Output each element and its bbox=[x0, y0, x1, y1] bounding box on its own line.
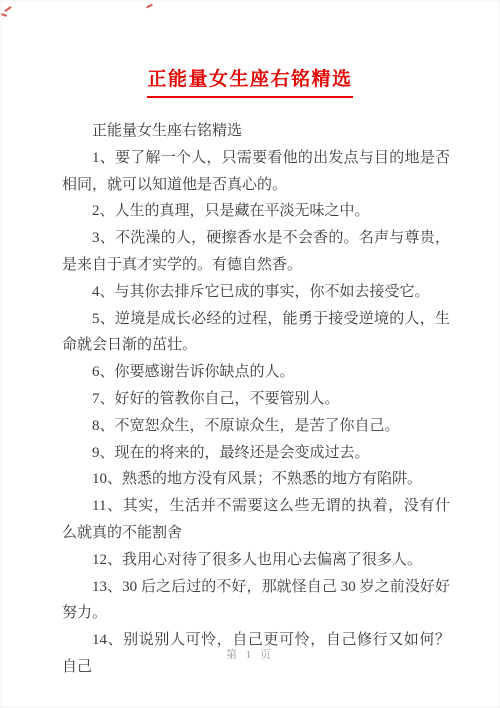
paragraph: 5、逆境是成长必经的过程，能勇于接受逆境的人，生命就会日渐的茁壮。 bbox=[62, 306, 450, 360]
paragraph: 4、与其你去排斥它已成的事实，你不如去接受它。 bbox=[62, 279, 450, 306]
document-body: 正能量女生座右铭精选 1、要了解一个人，只需要看他的出发点与目的地是否相同，就可… bbox=[0, 118, 500, 681]
paragraph: 11、其实，生活并不需要这么些无谓的执着，没有什么就真的不能割舍 bbox=[62, 493, 450, 547]
paragraph: 6、你要感谢告诉你缺点的人。 bbox=[62, 359, 450, 386]
paragraph: 2、人生的真理，只是藏在平淡无味之中。 bbox=[62, 198, 450, 225]
document-page: 正能量女生座右铭精选 正能量女生座右铭精选 1、要了解一个人，只需要看他的出发点… bbox=[0, 0, 500, 708]
paragraph: 9、现在的将来的，最终还是会变成过去。 bbox=[62, 440, 450, 467]
paragraph: 1、要了解一个人，只需要看他的出发点与目的地是否相同，就可以知道他是否真心的。 bbox=[62, 145, 450, 199]
paragraph: 3、不洗澡的人，硬擦香水是不会香的。名声与尊贵，是来自于真才实学的。有德自然香。 bbox=[62, 225, 450, 279]
paragraph: 12、我用心对待了很多人也用心去偏离了很多人。 bbox=[62, 547, 450, 574]
document-title: 正能量女生座右铭精选 bbox=[147, 64, 352, 98]
paragraph-intro: 正能量女生座右铭精选 bbox=[62, 118, 450, 145]
paragraph: 7、好好的管教你自己，不要管别人。 bbox=[62, 386, 450, 413]
paragraph: 8、不宽恕众生，不原谅众生，是苦了你自己。 bbox=[62, 413, 450, 440]
paragraph: 10、熟悉的地方没有风景；不熟悉的地方有陷阱。 bbox=[62, 466, 450, 493]
title-block: 正能量女生座右铭精选 bbox=[0, 0, 500, 98]
paragraph: 13、30 后之后过的不好，那就怪自己 30 岁之前没好好努力。 bbox=[62, 574, 450, 628]
page-number: 第 1 页 bbox=[0, 646, 500, 662]
